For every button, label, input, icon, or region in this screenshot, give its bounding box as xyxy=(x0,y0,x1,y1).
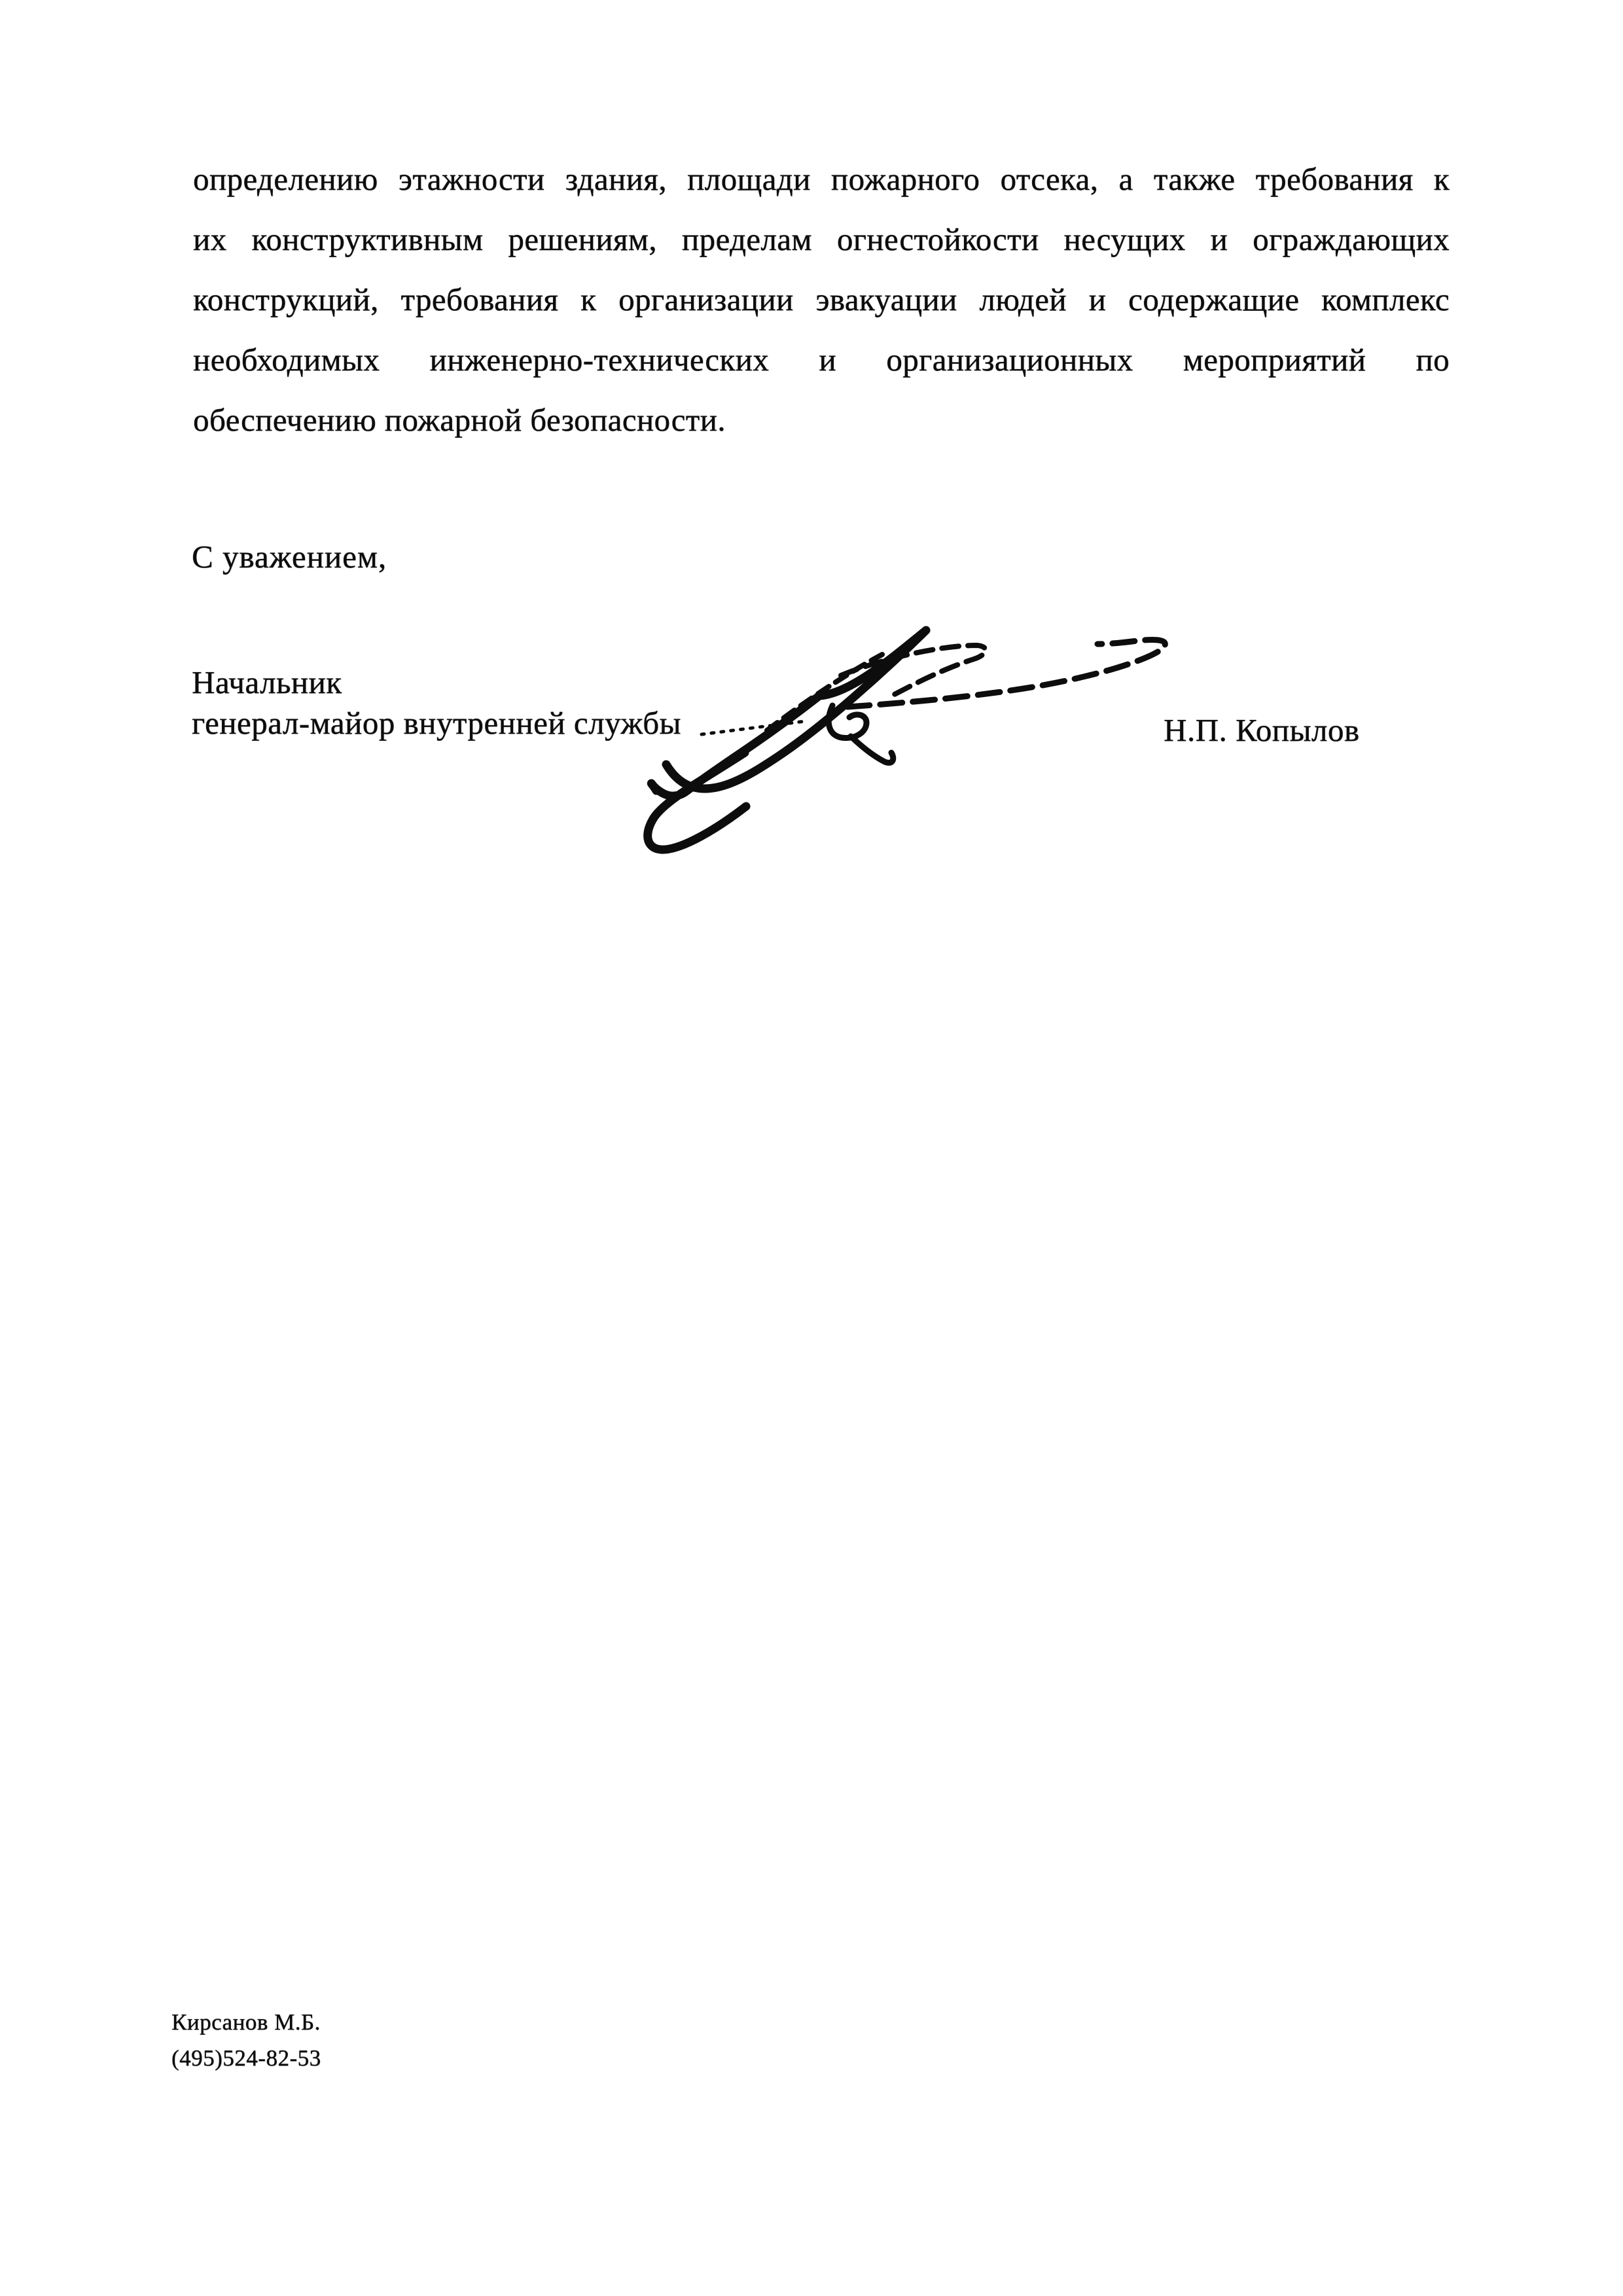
letter-body-paragraph: определению этажности здания, площади по… xyxy=(193,149,1450,450)
footer-contact-phone: (495)524-82-53 xyxy=(171,2040,321,2076)
signature-area xyxy=(589,602,1217,884)
body-line: обеспечению пожарной безопасности. xyxy=(193,390,1450,450)
signer-name: Н.П. Копылов xyxy=(1164,712,1360,749)
body-line: необходимых инженерно-технических и орга… xyxy=(193,330,1450,390)
footer-contact-name: Кирсанов М.Б. xyxy=(171,2004,321,2040)
body-line: конструкций, требования к организации эв… xyxy=(193,270,1450,330)
body-line: их конструктивным решениям, пределам огн… xyxy=(193,209,1450,270)
footer-contact-block: Кирсанов М.Б. (495)524-82-53 xyxy=(171,2004,321,2076)
closing-salutation: С уважением, xyxy=(192,537,387,577)
handwritten-signature-icon xyxy=(589,602,1217,884)
scanned-letter-page: { "page": { "background": "#ffffff", "in… xyxy=(0,0,1623,2296)
signature-main-stroke xyxy=(648,630,926,850)
body-line: определению этажности здания, площади по… xyxy=(193,149,1450,209)
